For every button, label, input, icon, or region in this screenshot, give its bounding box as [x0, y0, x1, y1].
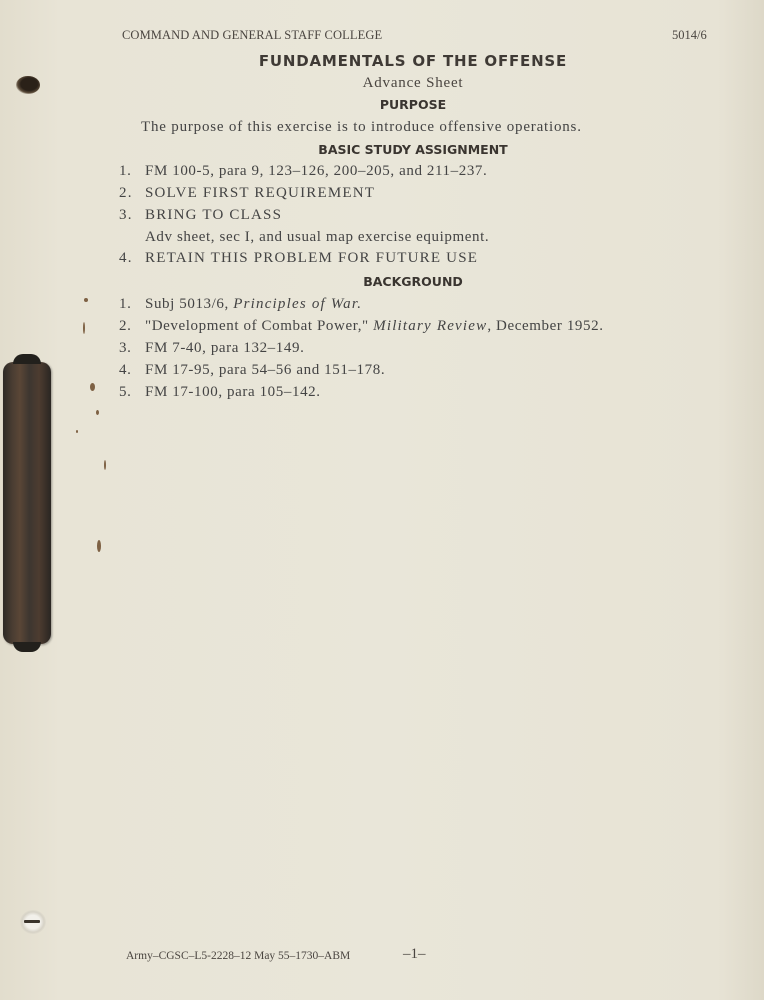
page-number: –1–: [403, 946, 426, 963]
study-item-1: 1.FM 100-5, para 9, 123–126, 200–205, an…: [119, 163, 487, 180]
item-text: RETAIN THIS PROBLEM FOR FUTURE USE: [145, 250, 478, 266]
document-page: COMMAND AND GENERAL STAFF COLLEGE 5014/6…: [0, 0, 764, 1000]
item-number: 1.: [119, 163, 145, 180]
institution-header: COMMAND AND GENERAL STAFF COLLEGE: [122, 28, 382, 43]
item-number: 1.: [119, 296, 145, 313]
binder-clip: [3, 362, 51, 644]
item-number: 2.: [119, 318, 145, 335]
item-suffix: , December 1952.: [487, 318, 603, 334]
study-item-3: 3.BRING TO CLASS: [119, 207, 282, 224]
item-number: 3.: [119, 340, 145, 357]
item-text: Subj 5013/6,: [145, 296, 233, 312]
item-text: SOLVE FIRST REQUIREMENT: [145, 185, 375, 201]
background-item-2: 2."Development of Combat Power," Militar…: [119, 318, 604, 335]
print-code-footer: Army–CGSC–L5-2228–12 May 55–1730–ABM: [126, 950, 350, 962]
punch-hole-bottom: [20, 910, 46, 934]
study-item-4: 4.RETAIN THIS PROBLEM FOR FUTURE USE: [119, 250, 478, 267]
basic-study-heading: BASIC STUDY ASSIGNMENT: [0, 142, 764, 157]
rust-stain: [84, 298, 88, 302]
background-heading: BACKGROUND: [0, 274, 764, 289]
background-item-4: 4.FM 17-95, para 54–56 and 151–178.: [119, 362, 385, 379]
study-item-2: 2.SOLVE FIRST REQUIREMENT: [119, 185, 375, 202]
rust-stain: [97, 540, 101, 552]
purpose-text: The purpose of this exercise is to intro…: [141, 119, 582, 136]
item-number: 4.: [119, 362, 145, 379]
background-item-1: 1.Subj 5013/6, Principles of War.: [119, 296, 362, 313]
item-italic-title: Principles of War.: [233, 296, 362, 312]
rust-stain: [104, 460, 106, 470]
rust-stain: [96, 410, 99, 415]
item-text: FM 17-95, para 54–56 and 151–178.: [145, 362, 385, 378]
item-text: FM 100-5, para 9, 123–126, 200–205, and …: [145, 163, 487, 179]
purpose-heading: PURPOSE: [0, 97, 764, 112]
document-subtitle: Advance Sheet: [0, 75, 764, 92]
item-number: 5.: [119, 384, 145, 401]
item-text: "Development of Combat Power,": [145, 318, 373, 334]
item-text: FM 7-40, para 132–149.: [145, 340, 304, 356]
background-item-5: 5.FM 17-100, para 105–142.: [119, 384, 321, 401]
item-number: 2.: [119, 185, 145, 202]
rust-stain: [90, 383, 95, 391]
item-text: FM 17-100, para 105–142.: [145, 384, 321, 400]
document-number: 5014/6: [672, 28, 707, 43]
background-item-3: 3.FM 7-40, para 132–149.: [119, 340, 304, 357]
rust-stain: [76, 430, 78, 433]
document-title: FUNDAMENTALS OF THE OFFENSE: [0, 52, 764, 70]
study-item-3-subtext: Adv sheet, sec I, and usual map exercise…: [145, 229, 489, 246]
item-italic-title: Military Review: [373, 318, 487, 334]
item-text: BRING TO CLASS: [145, 207, 282, 223]
item-number: 3.: [119, 207, 145, 224]
item-number: 4.: [119, 250, 145, 267]
rust-stain: [83, 322, 85, 334]
